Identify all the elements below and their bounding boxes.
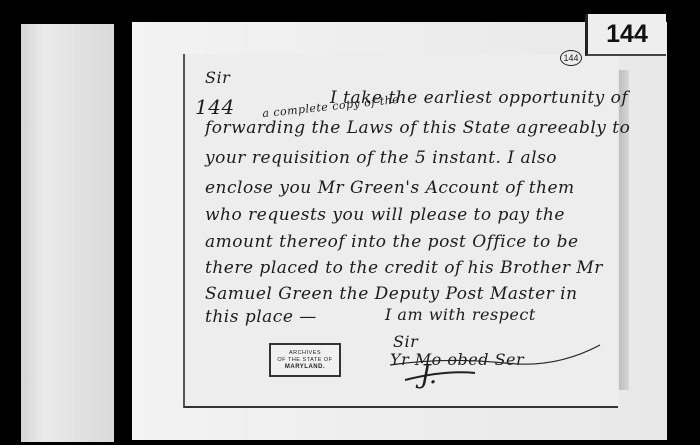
body-line: forwarding the Laws of this State agreea… <box>205 118 630 138</box>
signature: J. <box>420 360 438 390</box>
page-number-tag: 144 <box>585 14 666 56</box>
archive-stamp: ARCHIVES OF THE STATE OF MARYLAND. <box>269 343 341 377</box>
salutation: Sir <box>205 68 230 87</box>
adjacent-page-strip <box>21 24 114 442</box>
body-line: amount thereof into the post Office to b… <box>205 232 579 252</box>
closing-line: I am with respect <box>385 305 536 324</box>
circled-page-number: 144 <box>560 50 582 66</box>
body-line: who requests you will please to pay the <box>205 205 565 225</box>
stamp-line: MARYLAND. <box>271 364 339 371</box>
stamp-line: OF THE STATE OF <box>271 357 339 364</box>
body-line: there placed to the credit of his Brothe… <box>205 258 603 278</box>
body-line: enclose you Mr Green's Account of them <box>205 178 575 198</box>
margin-number: 144 <box>195 95 235 119</box>
stamp-line: ARCHIVES <box>271 350 339 357</box>
body-line: Samuel Green the Deputy Post Master in <box>205 284 578 304</box>
body-line: this place — <box>205 307 317 327</box>
body-line: your requisition of the 5 instant. I als… <box>205 148 557 168</box>
body-line: I take the earliest opportunity of <box>330 88 628 108</box>
